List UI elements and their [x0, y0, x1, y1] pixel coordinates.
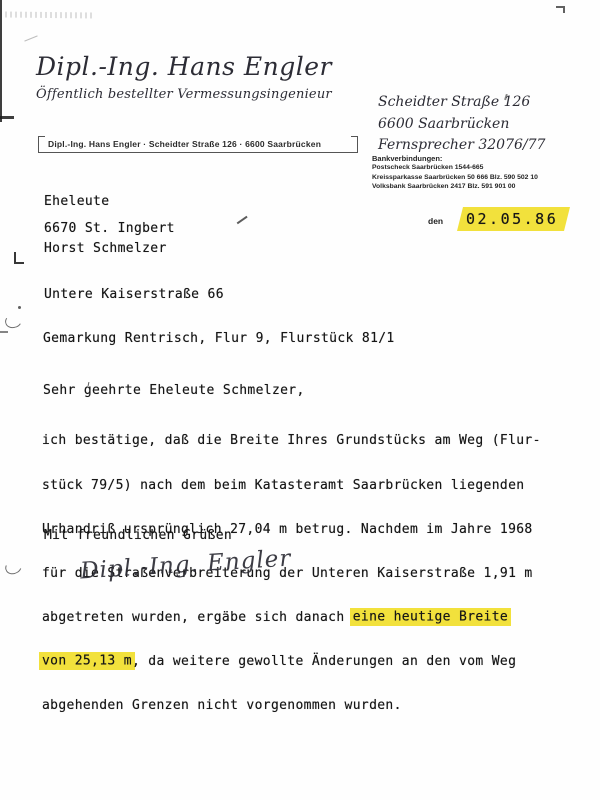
- body-line: ich bestätige, daß die Breite Ihres Grun…: [42, 434, 541, 449]
- pen-curl-mark: [3, 312, 23, 330]
- ink-dot-mark: [18, 306, 21, 309]
- letterhead-address: Scheidter Straße 126 6600 Saarbrücken Fe…: [378, 92, 545, 157]
- letterhead-address-line: Scheidter Straße 126: [378, 92, 545, 114]
- salutation: Sehr geehrte Eheleute Schmelzer,: [43, 383, 305, 398]
- pen-tick-mark: [237, 216, 248, 224]
- body-line: von 25,13 m, da weitere gewollte Änderun…: [42, 655, 541, 670]
- recipient-address: Eheleute Horst Schmelzer Untere Kaiserst…: [44, 163, 224, 334]
- recipient-city: 6670 St. Ingbert: [44, 221, 175, 236]
- bank-detail-line: Postscheck Saarbrücken 1544-665: [372, 163, 594, 173]
- recipient-line: Eheleute: [44, 194, 224, 210]
- highlight-span: von 25,13 m: [39, 652, 135, 670]
- highlight-span: eine heutige Breite: [350, 608, 511, 626]
- letterhead-address-line: 6600 Saarbrücken: [378, 114, 545, 136]
- body-line: abgetreten wurden, ergäbe sich danach ei…: [42, 611, 541, 626]
- body-line: stück 79/5) nach dem beim Katasteramt Sa…: [42, 479, 541, 494]
- letterhead-subtitle: Öffentlich bestellter Vermessungsingenie…: [36, 87, 332, 102]
- left-edge-scan-mark: [0, 0, 2, 122]
- letterhead-name: Dipl.-Ing. Hans Engler: [36, 52, 332, 81]
- bank-detail-line: Volksbank Saarbrücken 2417 Blz. 591 901 …: [372, 182, 594, 192]
- closing-phrase: Mit freundlichen Grüßen: [44, 528, 232, 543]
- fold-mark: [14, 252, 24, 264]
- bank-details-heading: Bankverbindungen:: [372, 154, 594, 163]
- scan-noise-mark: [5, 12, 93, 19]
- bank-detail-line: Kreissparkasse Saarbrücken 50 666 Blz. 5…: [372, 173, 594, 183]
- left-corner-scan-mark: [0, 116, 14, 119]
- letter-page: Dipl.-Ing. Hans Engler Öffentlich bestel…: [0, 0, 600, 800]
- edge-dash-mark: [0, 331, 8, 333]
- subject-line: Gemarkung Rentrisch, Flur 9, Flurstück 8…: [43, 331, 395, 346]
- sender-return-address: Dipl.-Ing. Hans Engler · Scheidter Straß…: [38, 136, 358, 153]
- date-value-highlighted: 02.05.86: [466, 210, 558, 228]
- corner-scan-mark: [556, 6, 565, 13]
- bank-details: Bankverbindungen: Postscheck Saarbrücken…: [372, 154, 594, 192]
- pen-curl-mark: [3, 557, 24, 577]
- scan-smudge-mark: [24, 35, 37, 41]
- recipient-line: Horst Schmelzer: [44, 241, 224, 257]
- recipient-line: Untere Kaiserstraße 66: [44, 287, 224, 303]
- date-label: den: [428, 216, 443, 226]
- body-line: abgehenden Grenzen nicht vorgenommen wur…: [42, 699, 541, 714]
